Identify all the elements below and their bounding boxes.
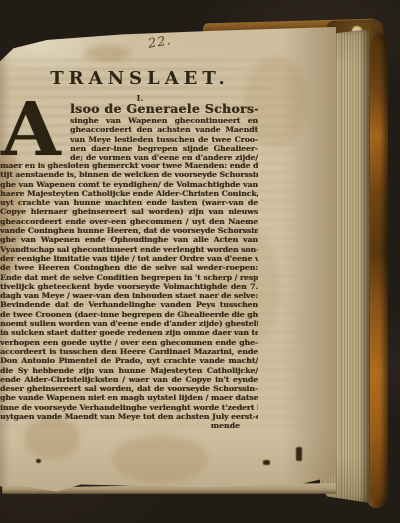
text-line: nen daer-inne begrepen sijnde Ghealieer- xyxy=(70,144,258,153)
ink-speck xyxy=(263,460,270,465)
text-line: verhopen een goede uytte / over een ghec… xyxy=(0,338,258,347)
text-line: de twee Heeren Coninghen die de selve sa… xyxy=(0,263,258,272)
paragraph-body-lines: maer en is ghesloten ghemerckt voor twee… xyxy=(0,161,258,421)
text-line: Ende dat met de selve Conditien begrepen… xyxy=(0,273,258,282)
book-photo: 22. TRANSLAET. I. A lsoo de Generaele Sc… xyxy=(0,0,400,523)
text-line: gheaccordeert ende over-een ghecommen / … xyxy=(0,217,258,226)
text-line: accordeert is tusschen den Heere Cardina… xyxy=(0,347,258,356)
text-line: tivelijck gheteeckent byde voorseyde Vol… xyxy=(0,282,258,291)
text-line: uytgaen vande Maendt van Meye tot den ac… xyxy=(0,412,258,421)
text-line: in sulcken staet datter goede redenen zi… xyxy=(0,328,258,337)
text-line: uyt crachte van hunne machten ende laste… xyxy=(0,198,258,207)
text-line: de twee Croonen (daer-inne begrepen de G… xyxy=(0,310,258,319)
ink-speck xyxy=(296,447,302,461)
paper-stain xyxy=(112,435,208,483)
drop-cap-initial: A xyxy=(1,100,61,161)
text-line: dagh van Meye / waer-van den inhouden st… xyxy=(0,291,258,300)
catchword-line: mende xyxy=(0,421,240,430)
text-line: ende Alder-Christelijcksten / waer van d… xyxy=(0,375,258,384)
text-line: singhe van Wapenen ghecontinueert en xyxy=(70,116,258,125)
text-line: inne de voorseyde Verhandelinghe verleng… xyxy=(0,403,258,412)
text-line: haere Majesteyten Catholijcke ende Alder… xyxy=(0,189,258,198)
text-line: die Sy hebbende zijn van hunne Majesteyt… xyxy=(0,366,258,375)
text-line: lsoo de Generaele Schors- xyxy=(70,102,258,116)
text-line: der eenighe limitatie van tijde / tot an… xyxy=(0,254,258,263)
paragraph-opening-lines: lsoo de Generaele Schors-singhe van Wape… xyxy=(70,102,258,162)
text-line: ghe van Wapenen ende Ophoudinghe van all… xyxy=(0,235,258,244)
text-line: gheaccordeert den achsten vande Maendt xyxy=(70,125,258,134)
text-line: Bevindende dat de Verhandelinghe vanden … xyxy=(0,300,258,309)
text-line: Copye hiernaer gheinsereert sal worden) … xyxy=(0,207,258,216)
text-line: ghe van Wapenen comt te eyndighen/ de Vo… xyxy=(0,180,258,189)
ink-speck xyxy=(36,459,41,463)
text-line: Vyandtschap sal ghecontinueert ende verl… xyxy=(0,245,258,254)
text-line: van Meye lestleden tusschen de twee Croo… xyxy=(70,135,258,144)
text-line: maer en is ghesloten ghemerckt voor twee… xyxy=(0,161,258,170)
text-line: noemt sullen worden van d'eene ende d'an… xyxy=(0,319,258,328)
text-line: vande Coninghen hunne Heeren, dat de voo… xyxy=(0,226,258,235)
text-line: deser gheinsereert sal worden, dat de vo… xyxy=(0,384,258,393)
text-line: ghe vande Wapenen niet en magh uytstel l… xyxy=(0,393,258,402)
text-line: Don Antonio Pimentel de Prado, uyt crach… xyxy=(0,356,258,365)
text-line: tijt aenstaende is, binnen de welcken de… xyxy=(0,170,258,179)
